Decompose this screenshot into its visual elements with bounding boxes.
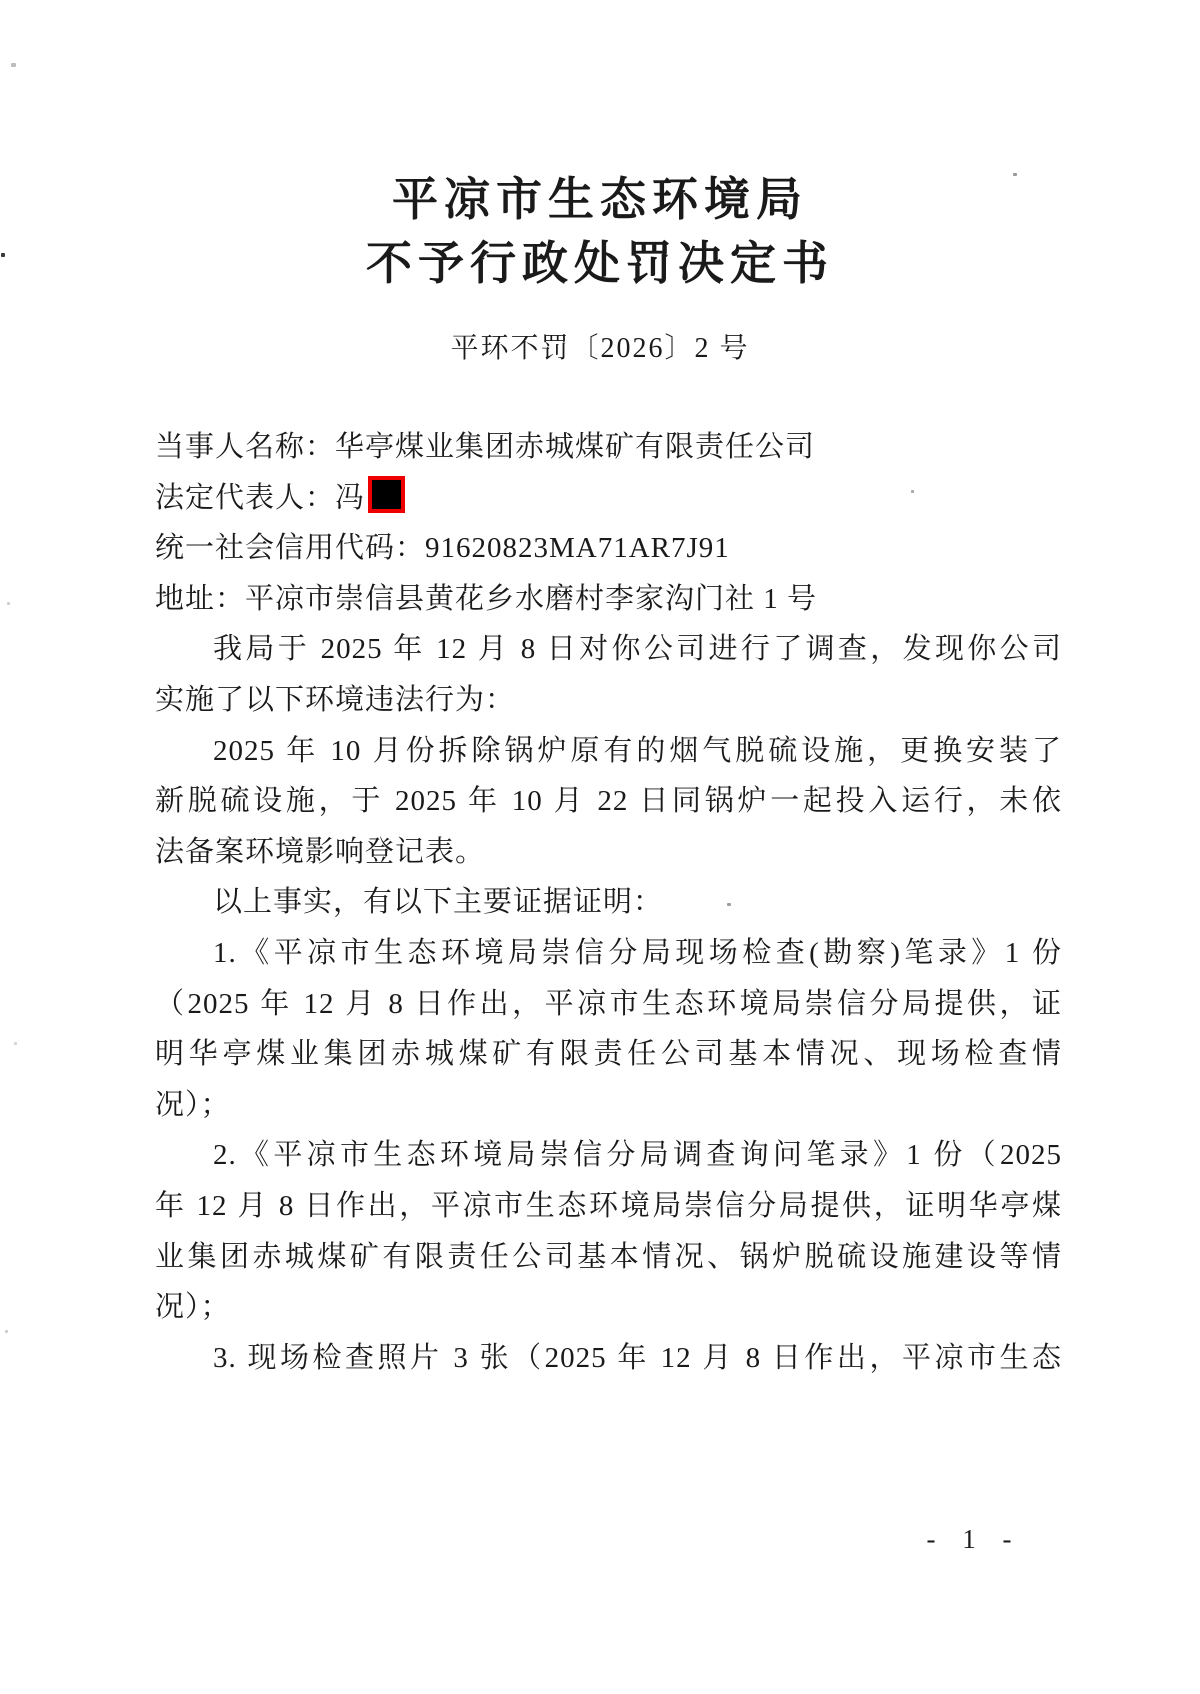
- scan-noise-dot: [1, 253, 5, 257]
- document-line: 法定代表人：冯: [155, 473, 1062, 524]
- document-line: 新脱硫设施，于 2025 年 10 月 22 日同锅炉一起投入运行，未依: [155, 776, 1062, 827]
- document-line-text: 2.《平凉市生态环境局崇信分局调查询问笔录》1 份（2025: [213, 1139, 1062, 1171]
- document-line: 明华亭煤业集团赤城煤矿有限责任公司基本情况、现场检查情: [155, 1029, 1062, 1080]
- document-line-text: 3. 现场检查照片 3 张（2025 年 12 月 8 日作出，平凉市生态: [213, 1342, 1062, 1374]
- document-line: 地址：平凉市崇信县黄花乡水磨村李家沟门社 1 号: [155, 574, 1062, 625]
- document-title-line-1: 平凉市生态环境局: [0, 168, 1200, 232]
- document-line: 法备案环境影响登记表。: [155, 827, 1062, 878]
- document-line: 统一社会信用代码：91620823MA71AR7J91: [155, 523, 1062, 574]
- document-line-text: 况）；: [155, 1089, 231, 1121]
- document-line-text: 我局于 2025 年 12 月 8 日对你公司进行了调查，发现你公司: [213, 633, 1062, 665]
- document-line: 3. 现场检查照片 3 张（2025 年 12 月 8 日作出，平凉市生态: [155, 1333, 1062, 1384]
- scan-noise-dot: [7, 602, 10, 605]
- page-number: - 1 -: [900, 1524, 1040, 1555]
- document-title: 平凉市生态环境局 不予行政处罚决定书: [0, 0, 1200, 296]
- document-line: 况）；: [155, 1282, 1062, 1333]
- document-line: 年 12 月 8 日作出，平凉市生态环境局崇信分局提供，证明华亭煤: [155, 1181, 1062, 1232]
- document-line-text: 法备案环境影响登记表。: [155, 836, 485, 868]
- document-page: 平凉市生态环境局 不予行政处罚决定书 平环不罚〔2026〕2 号 当事人名称：华…: [0, 0, 1200, 1694]
- scan-noise-dot: [1013, 173, 1017, 176]
- document-number: 平环不罚〔2026〕2 号: [0, 330, 1200, 368]
- scan-noise-dot: [11, 63, 16, 67]
- document-line-text: 法定代表人：冯: [155, 482, 365, 514]
- document-line: 当事人名称：华亭煤业集团赤城煤矿有限责任公司: [155, 422, 1062, 473]
- scan-noise-dot: [727, 903, 731, 906]
- document-line: 况）；: [155, 1080, 1062, 1131]
- document-line-text: 业集团赤城煤矿有限责任公司基本情况、锅炉脱硫设施建设等情: [155, 1241, 1062, 1273]
- document-body: 当事人名称：华亭煤业集团赤城煤矿有限责任公司法定代表人：冯统一社会信用代码：91…: [155, 422, 1062, 1383]
- scan-noise-dot: [5, 1330, 8, 1333]
- document-line-text: 统一社会信用代码：91620823MA71AR7J91: [155, 532, 730, 564]
- document-line-text: 2025 年 10 月份拆除锅炉原有的烟气脱硫设施，更换安装了: [213, 735, 1062, 767]
- scan-noise-dot: [911, 490, 914, 493]
- document-line-text: 况）；: [155, 1291, 231, 1323]
- document-line-text: 当事人名称：华亭煤业集团赤城煤矿有限责任公司: [155, 431, 815, 463]
- document-line-text: 年 12 月 8 日作出，平凉市生态环境局崇信分局提供，证明华亭煤: [155, 1190, 1062, 1222]
- document-line-text: 地址：平凉市崇信县黄花乡水磨村李家沟门社 1 号: [155, 583, 817, 615]
- document-title-line-2: 不予行政处罚决定书: [0, 232, 1200, 296]
- document-line: 1.《平凉市生态环境局崇信分局现场检查(勘察)笔录》1 份: [155, 928, 1062, 979]
- document-line-text: 1.《平凉市生态环境局崇信分局现场检查(勘察)笔录》1 份: [213, 937, 1062, 969]
- document-line: 2025 年 10 月份拆除锅炉原有的烟气脱硫设施，更换安装了: [155, 726, 1062, 777]
- document-line: 以上事实，有以下主要证据证明：: [155, 877, 1062, 928]
- document-line-text: 以上事实，有以下主要证据证明：: [213, 886, 663, 918]
- document-line-text: 明华亭煤业集团赤城煤矿有限责任公司基本情况、现场检查情: [155, 1038, 1062, 1070]
- document-line: 业集团赤城煤矿有限责任公司基本情况、锅炉脱硫设施建设等情: [155, 1232, 1062, 1283]
- scan-noise-dot: [14, 1042, 17, 1045]
- document-line: 我局于 2025 年 12 月 8 日对你公司进行了调查，发现你公司: [155, 624, 1062, 675]
- redaction-box: [368, 476, 405, 513]
- document-line: 2.《平凉市生态环境局崇信分局调查询问笔录》1 份（2025: [155, 1130, 1062, 1181]
- document-line-text: 实施了以下环境违法行为：: [155, 684, 515, 716]
- document-line-text: （2025 年 12 月 8 日作出，平凉市生态环境局崇信分局提供，证: [155, 988, 1062, 1020]
- document-line-text: 新脱硫设施，于 2025 年 10 月 22 日同锅炉一起投入运行，未依: [155, 785, 1062, 817]
- document-line: 实施了以下环境违法行为：: [155, 675, 1062, 726]
- document-line: （2025 年 12 月 8 日作出，平凉市生态环境局崇信分局提供，证: [155, 979, 1062, 1030]
